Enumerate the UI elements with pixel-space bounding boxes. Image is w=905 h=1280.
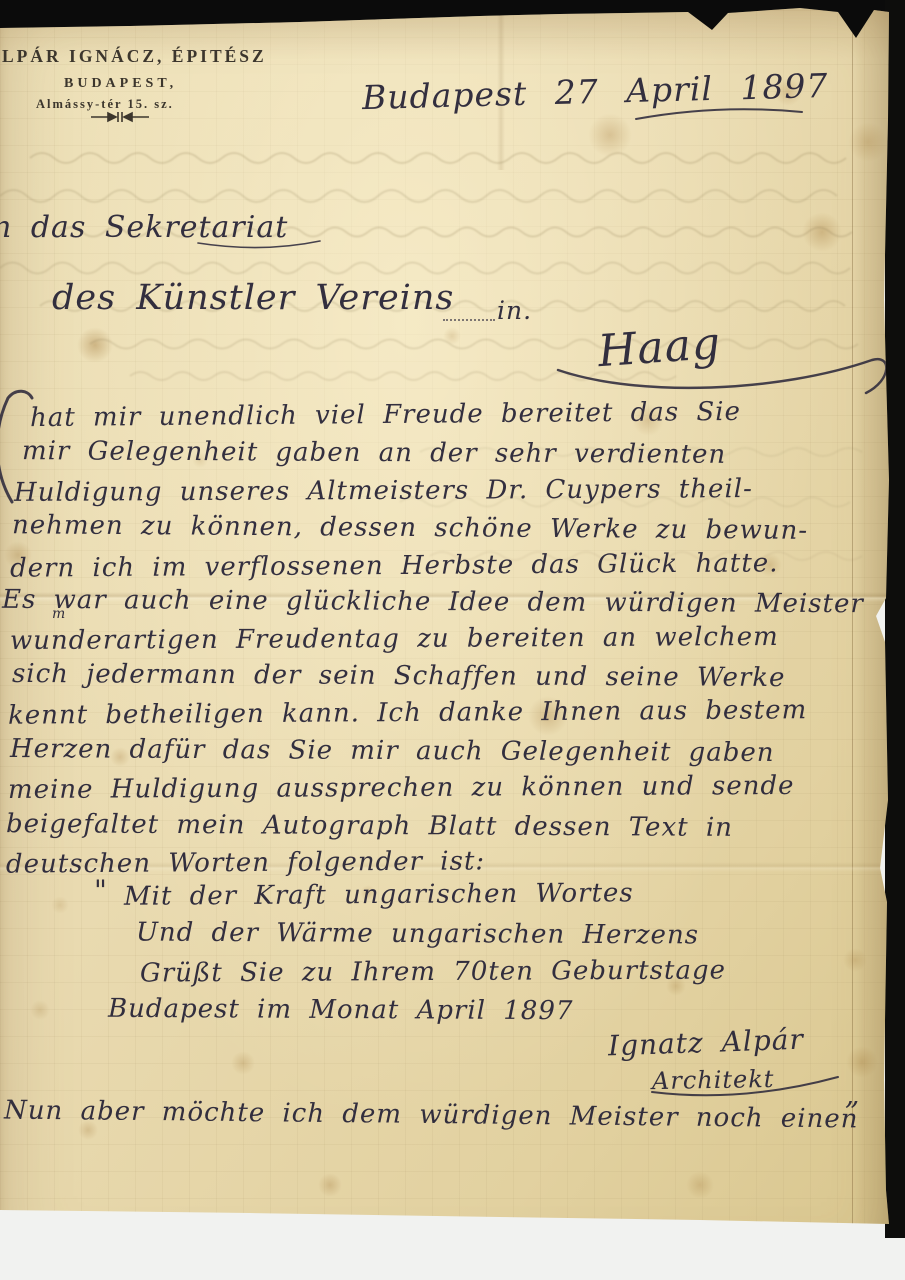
quote-line: Budapest im Monat April 1897 bbox=[108, 994, 574, 1026]
body-line: dern ich im verflossenen Herbste das Glü… bbox=[10, 548, 779, 583]
stain bbox=[588, 113, 632, 157]
continuation-line: Nun aber möchte ich dem würdigen Meister… bbox=[4, 1096, 859, 1135]
date-line: Budapest 27 April 1897 bbox=[362, 66, 829, 117]
body-line: meine Huldigung aussprechen zu können un… bbox=[8, 771, 795, 805]
stain bbox=[443, 327, 461, 345]
signature-name: Ignatz Alpár bbox=[607, 1023, 804, 1063]
interline-insertion: m bbox=[52, 606, 66, 622]
stain bbox=[231, 1051, 255, 1075]
body-line: nehmen zu können, dessen schöne Werke zu… bbox=[12, 510, 808, 546]
quote-open-mark: " bbox=[94, 874, 108, 907]
inward-arrows-divider-icon bbox=[90, 110, 150, 124]
stain bbox=[318, 1173, 342, 1197]
quote-line: Grüßt Sie zu Ihrem 70ten Geburtstage bbox=[140, 955, 726, 988]
letterhead-name: LPÁR IGNÁCZ, ÉPITÉSZ bbox=[2, 46, 267, 67]
scanner-background-right bbox=[885, 0, 905, 1238]
recipient-line-1: n das Sekretariat bbox=[0, 210, 288, 245]
body-line: Herzen dafür das Sie mir auch Gelegenhei… bbox=[10, 734, 775, 768]
recipient-line-2: des Künstler Vereins bbox=[52, 278, 454, 318]
body-line: kennt betheiligen kann. Ich danke Ihnen … bbox=[8, 695, 807, 731]
recipient-in: in. bbox=[497, 296, 532, 325]
body-line: hat mir unendlich viel Freude bereitet d… bbox=[30, 397, 741, 433]
stain bbox=[802, 212, 842, 252]
stain bbox=[686, 1171, 714, 1199]
stain bbox=[30, 1000, 50, 1020]
letterhead-city: BUDAPEST, bbox=[64, 76, 177, 92]
body-line: mir Gelegenheit gaben an der sehr verdie… bbox=[22, 436, 726, 470]
body-line: wunderartigen Freudentag zu bereiten an … bbox=[10, 622, 779, 656]
dotted-leader bbox=[443, 318, 495, 321]
quote-line: Und der Wärme ungarischen Herzens bbox=[136, 918, 699, 951]
quote-line: Mit der Kraft ungarischen Wortes bbox=[124, 878, 634, 912]
body-line: sich jedermann der sein Schaffen und sei… bbox=[12, 659, 786, 693]
stain bbox=[51, 896, 69, 914]
body-line: deutschen Worten folgender ist: bbox=[6, 846, 485, 879]
letter-paper: LPÁR IGNÁCZ, ÉPITÉSZ BUDAPEST, Almássy-t… bbox=[0, 0, 905, 1280]
body-line: Es war auch eine glückliche Idee dem wür… bbox=[2, 585, 864, 620]
body-line: beigefaltet mein Autograph Blatt dessen … bbox=[6, 809, 733, 843]
signature-title: Architekt bbox=[652, 1065, 775, 1095]
recipient-city: Haag bbox=[596, 318, 722, 377]
stain bbox=[77, 327, 113, 363]
body-line: Huldigung unseres Altmeisters Dr. Cuyper… bbox=[14, 474, 753, 508]
